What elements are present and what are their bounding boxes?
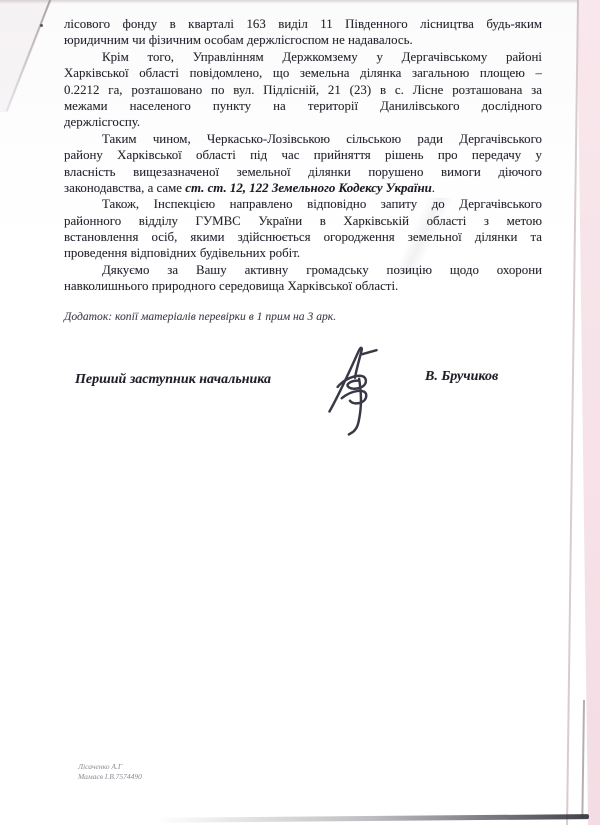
text-segment: власність вищезазначеної земельної ділян… bbox=[64, 165, 542, 179]
text-segment: держлісгоспу. bbox=[64, 115, 140, 129]
paragraph: лісового фонду в кварталі 163 виділ 11 П… bbox=[64, 16, 542, 49]
text-segment: . bbox=[432, 181, 435, 195]
signer-title: Перший заступник начальника bbox=[75, 372, 271, 388]
paragraph: Таким чином, Черкасько-Лозівською сільсь… bbox=[64, 131, 542, 197]
signer-name: В. Бручиков bbox=[425, 369, 498, 385]
text-line: лісового фонду в кварталі 163 виділ 11 П… bbox=[64, 16, 542, 32]
text-segment: Таким чином, Черкасько-Лозівською сільсь… bbox=[102, 132, 542, 146]
paragraph: Крім того, Управлінням Держкомзему у Дер… bbox=[64, 49, 542, 131]
text-line: законодавства, а саме ст. ст. 12, 122 Зе… bbox=[64, 180, 542, 196]
text-line: власність вищезазначеної земельної ділян… bbox=[64, 164, 542, 180]
text-segment: району Харківської області під час прийн… bbox=[64, 148, 542, 162]
paragraph: Також, Інспекцією направлено відповідно … bbox=[64, 196, 542, 262]
executor-line: Мамаєв І.В.7574490 bbox=[78, 772, 142, 782]
text-segment: юридичним чи фізичним особам держлісгосп… bbox=[64, 33, 413, 47]
scan-top-edge bbox=[0, 0, 600, 4]
page-right-edge-shadow bbox=[581, 700, 584, 818]
text-segment: 0.2212 га, розташовано по вул. Підлісній… bbox=[64, 83, 542, 97]
footer-executor: Лісаченко А.ГМамаєв І.В.7574490 bbox=[78, 762, 142, 781]
page-bottom-edge-shadow bbox=[155, 814, 589, 823]
text-segment: районного відділу ГУМВС України в Харків… bbox=[64, 214, 542, 228]
page-fold-shade bbox=[0, 0, 60, 115]
text-segment: навколишнього природного середовища Харк… bbox=[64, 279, 398, 293]
body-text: лісового фонду в кварталі 163 виділ 11 П… bbox=[64, 16, 542, 295]
executor-line: Лісаченко А.Г bbox=[78, 762, 142, 772]
text-line: Таким чином, Черкасько-Лозівською сільсь… bbox=[64, 131, 542, 147]
text-segment: проведення відповідних будівельних робіт… bbox=[64, 246, 300, 260]
text-line: юридичним чи фізичним особам держлісгосп… bbox=[64, 32, 542, 48]
text-segment: Харківської області повідомлено, що земе… bbox=[64, 66, 542, 80]
text-segment: Також, Інспекцією направлено відповідно … bbox=[102, 197, 542, 211]
text-segment: законодавства, а саме bbox=[64, 181, 185, 195]
text-line: встановлення осіб, якими здійснюється ог… bbox=[64, 229, 542, 245]
text-line: держлісгоспу. bbox=[64, 114, 542, 130]
text-line: районного відділу ГУМВС України в Харків… bbox=[64, 213, 542, 229]
text-segment: лісового фонду в кварталі 163 виділ 11 П… bbox=[64, 17, 542, 31]
attachment-note: Додаток: копії матеріалів перевірки в 1 … bbox=[64, 310, 484, 323]
text-line: Крім того, Управлінням Держкомзему у Дер… bbox=[64, 49, 542, 65]
text-segment: Крім того, Управлінням Держкомзему у Дер… bbox=[102, 50, 542, 64]
scanned-letter-page: лісового фонду в кварталі 163 виділ 11 П… bbox=[0, 0, 600, 825]
text-line: межами населеного пункту на території Да… bbox=[64, 98, 542, 114]
text-segment: Дякуємо за Вашу активну громадську позиц… bbox=[102, 263, 542, 277]
text-line: Також, Інспекцією направлено відповідно … bbox=[64, 196, 542, 212]
legal-reference-emphasis: ст. ст. 12, 122 Земельного Кодексу Украї… bbox=[185, 181, 432, 195]
page-right-edge bbox=[566, 0, 579, 825]
text-line: району Харківської області під час прийн… bbox=[64, 147, 542, 163]
text-segment: встановлення осіб, якими здійснюється ог… bbox=[64, 230, 542, 244]
text-line: проведення відповідних будівельних робіт… bbox=[64, 245, 542, 261]
scan-speck bbox=[40, 24, 43, 27]
scanner-bed-strip bbox=[577, 0, 600, 825]
text-line: 0.2212 га, розташовано по вул. Підлісній… bbox=[64, 82, 542, 98]
text-segment: межами населеного пункту на території Да… bbox=[64, 99, 542, 113]
paragraph: Дякуємо за Вашу активну громадську позиц… bbox=[64, 262, 542, 295]
text-line: навколишнього природного середовища Харк… bbox=[64, 278, 542, 294]
text-line: Харківської області повідомлено, що земе… bbox=[64, 65, 542, 81]
signature-ink bbox=[325, 344, 383, 436]
text-line: Дякуємо за Вашу активну громадську позиц… bbox=[64, 262, 542, 278]
